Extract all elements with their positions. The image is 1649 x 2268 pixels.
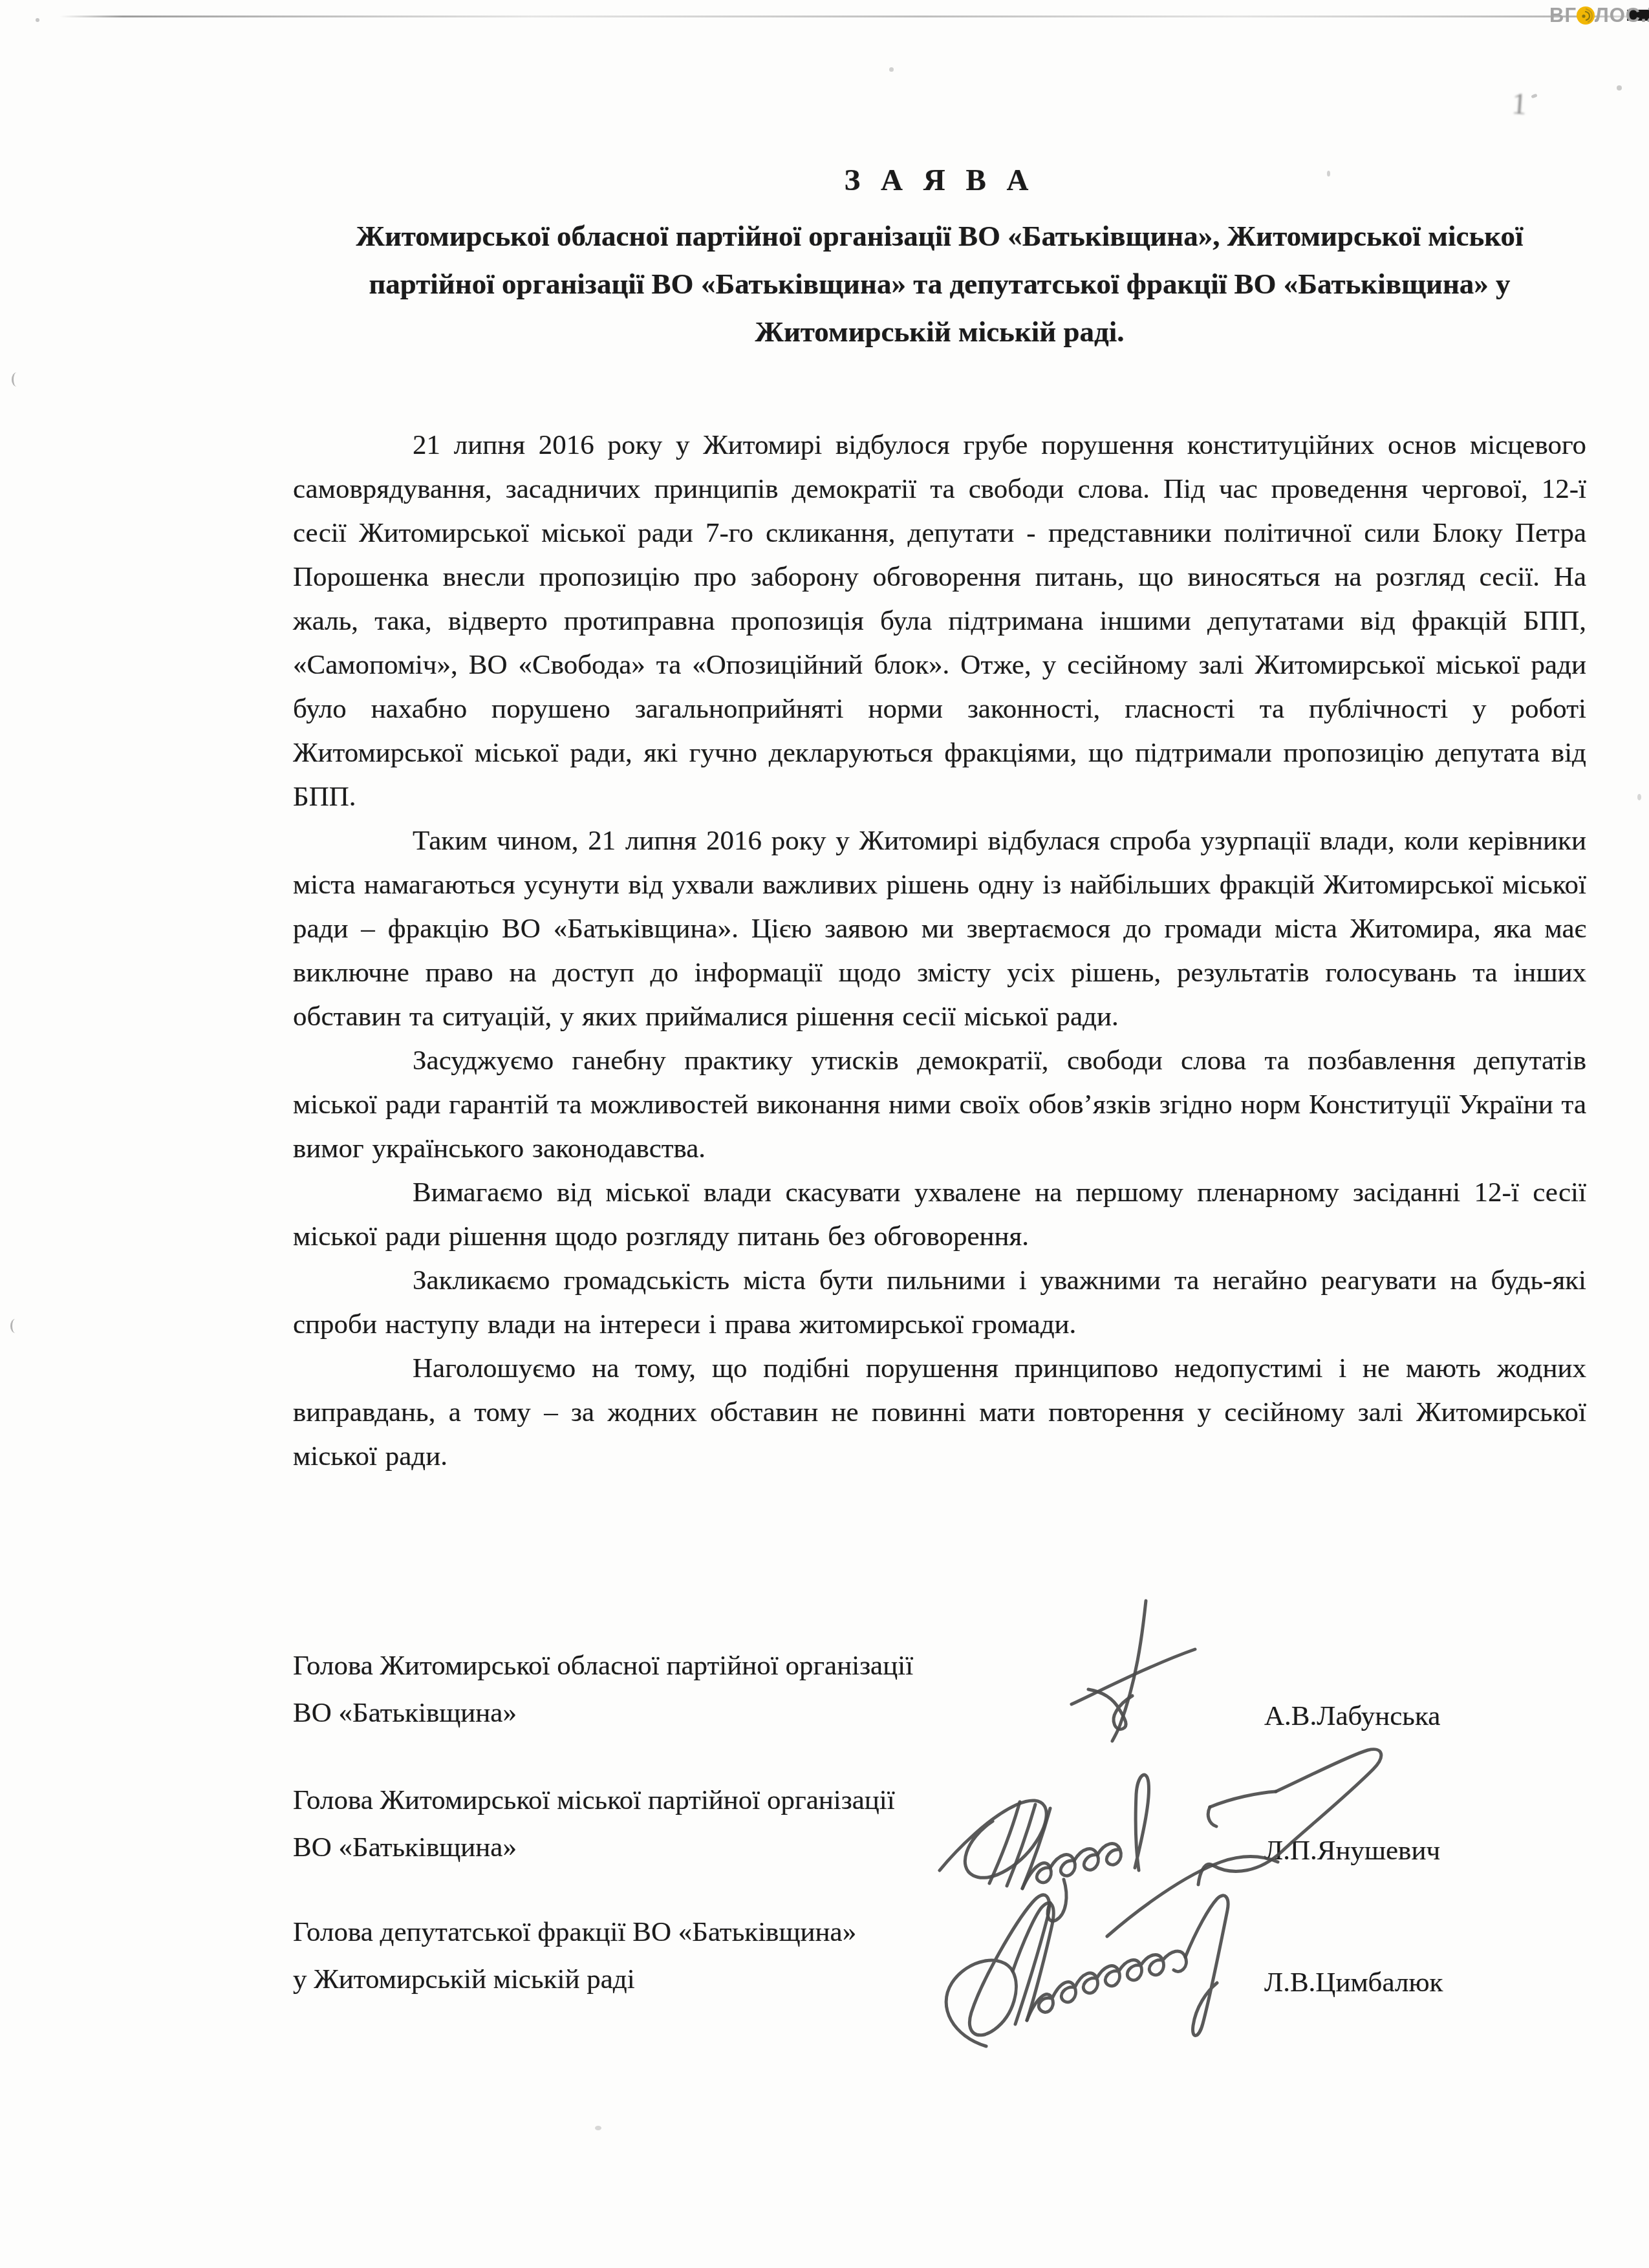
scan-line-artifact [59,16,1631,17]
signatory-name: Л.П.Янушевич [1264,1827,1440,1874]
scan-speck [1637,794,1641,800]
scan-speck [889,67,894,72]
site-watermark: ВГ ЛОС.ZT [1549,4,1649,27]
signatory-name: А.В.Лабунська [1264,1693,1440,1740]
signatory-name: Л.В.Цимбалюк [1264,1959,1443,2006]
paragraph-3: Засуджуємо ганебну практику утисків демо… [293,1039,1586,1171]
scan-speck [1531,94,1537,99]
watermark-text-suffix: ЛОС.ZT [1595,4,1649,27]
document-title: З А Я В А [293,163,1586,198]
signature-row-1: Голова Житомирської обласної партійної о… [293,1642,1586,1737]
signature-row-2: Голова Житомирської міської партійної ор… [293,1777,1586,1871]
sound-waves-icon [1576,6,1595,25]
document-body: 21 липня 2016 року у Житомирі відбулося … [293,423,1586,1479]
paragraph-5: Закликаємо громадськість міста бути пиль… [293,1259,1586,1347]
scan-speck [595,2126,601,2130]
watermark-text-prefix: ВГ [1549,4,1577,27]
paragraph-4: Вимагаємо від міської влади скасувати ух… [293,1171,1586,1259]
scan-mark [10,1319,20,1333]
title-block: З А Я В А Житомирської обласної партійно… [293,163,1586,356]
scan-speck [36,18,39,22]
document-page: ВГ ЛОС.ZT 1 З А Я В А Житомирської облас… [0,0,1649,2268]
signatory-role-line: Голова Житомирської обласної партійної о… [293,1642,1586,1689]
signatory-role-line: Голова депутатської фракції ВО «Батьківщ… [293,1909,1586,1956]
signature-row-3: Голова депутатської фракції ВО «Батьківщ… [293,1909,1586,2003]
paragraph-1: 21 липня 2016 року у Житомирі відбулося … [293,423,1586,819]
scan-mark [12,372,21,387]
paragraph-6: Наголошуємо на тому, що подібні порушенн… [293,1347,1586,1479]
signatory-role-line: Голова Житомирської міської партійної ор… [293,1777,1586,1824]
document-subtitle: Житомирської обласної партійної організа… [293,212,1586,356]
paragraph-2: Таким чином, 21 липня 2016 року у Житоми… [293,819,1586,1039]
page-number-smudge: 1 [1511,86,1528,121]
scan-speck [1617,85,1622,91]
